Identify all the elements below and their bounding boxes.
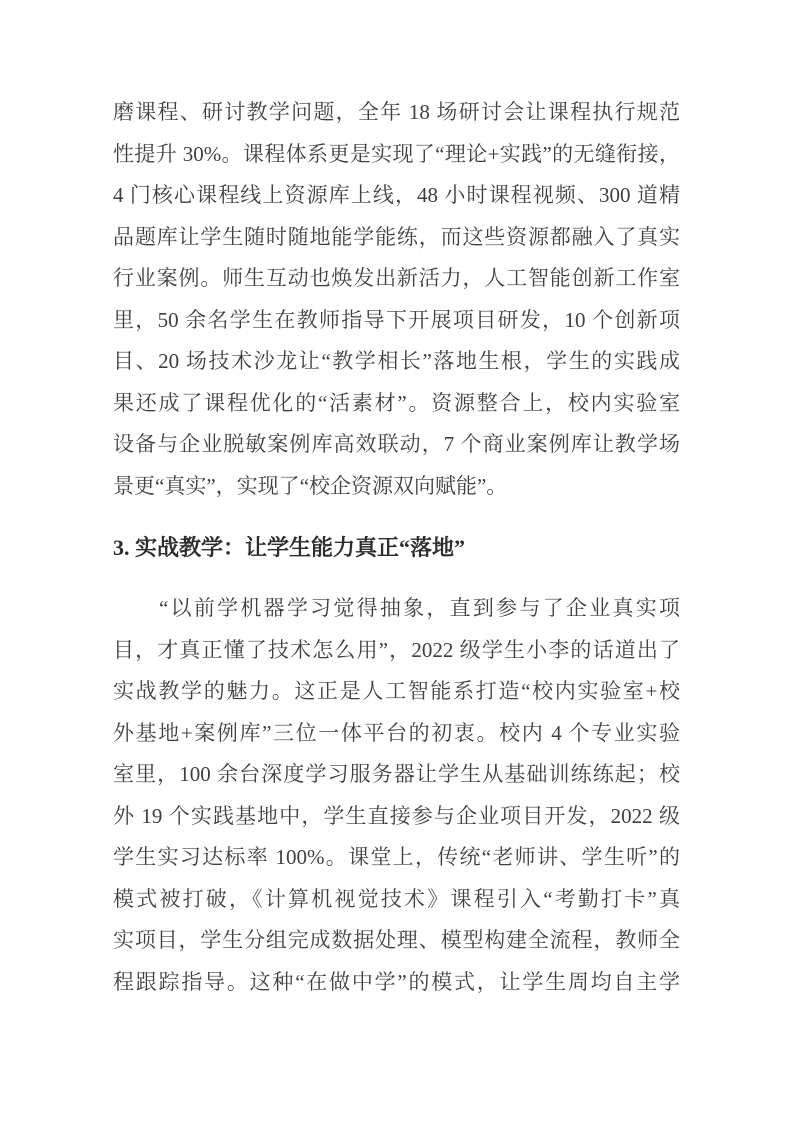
body-text-line: 景更“真实”，实现了“校企资源双向赋能”。 bbox=[113, 466, 680, 508]
document-page: 磨课程、研讨教学问题，全年 18 场研讨会让课程执行规范 性提升 30%。课程体… bbox=[0, 0, 793, 1122]
body-text-line: 果还成了课程优化的“活素材”。资源整合上，校内实验室 bbox=[113, 383, 680, 425]
body-text-line: 目，才真正懂了技术怎么用”，2022 级学生小李的话道出了 bbox=[113, 630, 680, 672]
body-text-line: 实战教学的魅力。这正是人工智能系打造“校内实验室+校 bbox=[113, 671, 680, 713]
body-text-line: 行业案例。师生互动也焕发出新活力，人工智能创新工作室 bbox=[113, 258, 680, 300]
body-text-line: 里，50 余名学生在教师指导下开展项目研发，10 个创新项 bbox=[113, 300, 680, 342]
body-text-line: 外基地+案例库”三位一体平台的初衷。校内 4 个专业实验 bbox=[113, 713, 680, 755]
body-text-line: 品题库让学生随时随地能学能练，而这些资源都融入了真实 bbox=[113, 217, 680, 259]
body-text-line: 学生实习达标率 100%。课堂上，传统“老师讲、学生听”的 bbox=[113, 837, 680, 879]
body-text-line: 模式被打破，《计算机视觉技术》课程引入“考勤打卡”真 bbox=[113, 879, 680, 921]
body-text-line: “以前学机器学习觉得抽象，直到参与了企业真实项 bbox=[113, 588, 680, 630]
body-text-line: 4 门核心课程线上资源库上线，48 小时课程视频、300 道精 bbox=[113, 175, 680, 217]
body-text-line: 外 19 个实践基地中，学生直接参与企业项目开发，2022 级 bbox=[113, 796, 680, 838]
body-text-line: 程跟踪指导。这种“在做中学”的模式，让学生周均自主学 bbox=[113, 962, 680, 1004]
body-text-line: 目、20 场技术沙龙让“教学相长”落地生根，学生的实践成 bbox=[113, 341, 680, 383]
body-text-line: 性提升 30%。课程体系更是实现了“理论+实践”的无缝衔接， bbox=[113, 134, 680, 176]
section-heading: 3. 实战教学：让学生能力真正“落地” bbox=[113, 527, 680, 569]
body-text-line: 室里，100 余台深度学习服务器让学生从基础训练练起；校 bbox=[113, 754, 680, 796]
page-content: 磨课程、研讨教学问题，全年 18 场研讨会让课程执行规范 性提升 30%。课程体… bbox=[113, 92, 680, 1003]
paragraph-practice-teaching: “以前学机器学习觉得抽象，直到参与了企业真实项 目，才真正懂了技术怎么用”，20… bbox=[113, 588, 680, 1003]
body-text-line: 设备与企业脱敏案例库高效联动，7 个商业案例库让教学场 bbox=[113, 424, 680, 466]
body-text-line: 磨课程、研讨教学问题，全年 18 场研讨会让课程执行规范 bbox=[113, 92, 680, 134]
paragraph-course-building: 磨课程、研讨教学问题，全年 18 场研讨会让课程执行规范 性提升 30%。课程体… bbox=[113, 92, 680, 507]
body-text-line: 实项目，学生分组完成数据处理、模型构建全流程，教师全 bbox=[113, 920, 680, 962]
